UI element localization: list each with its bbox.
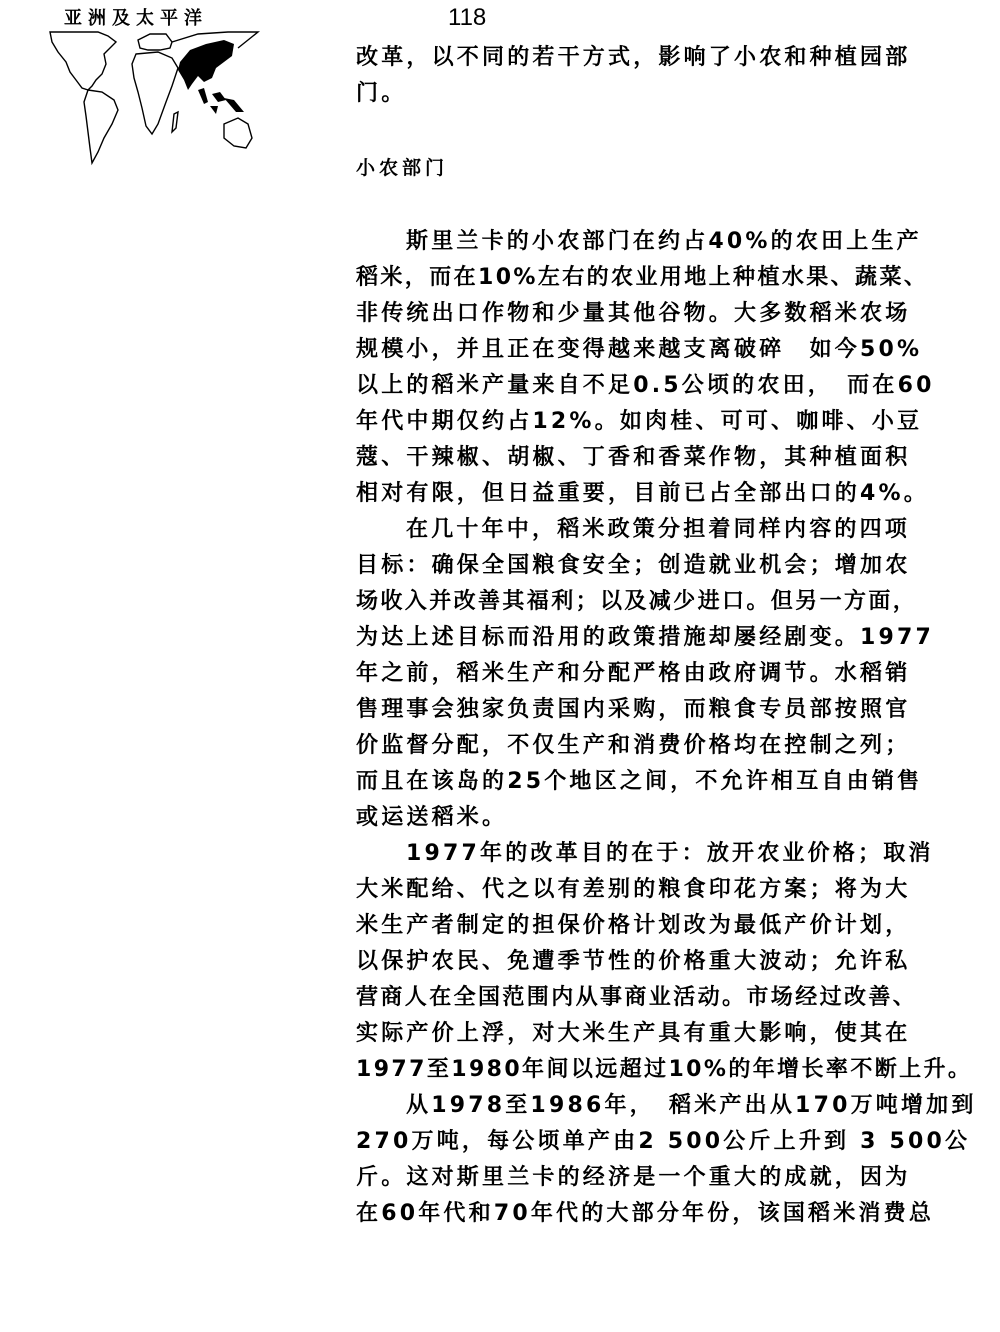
intro-line: 改革，以不同的若干方式，影响了小农和种植园部 [356,40,936,76]
paragraph-line: 场收入并改善其福利；以及减少进口。但另一方面， [356,584,936,620]
paragraph: 从1978至1986年， 稻米产出从170万吨增加到 270万吨，每公顷单产由2… [356,1088,936,1232]
paragraph: 在几十年中，稻米政策分担着同样内容的四项 目标：确保全国粮食安全；创造就业机会；… [356,512,936,836]
paragraph-line: 目标：确保全国粮食安全；创造就业机会；增加农 [356,548,936,584]
paragraph-line: 从1978至1986年， 稻米产出从170万吨增加到 [356,1088,936,1124]
region-label: 亚洲及太平洋 [64,4,208,30]
page-number: 118 [448,4,486,32]
paragraph-line: 实际产价上浮，对大米生产具有重大影响，使其在 [356,1016,936,1052]
document-body: 改革，以不同的若干方式，影响了小农和种植园部 门。 小农部门 斯里兰卡的小农部门… [356,40,936,1232]
paragraph-line: 米生产者制定的担保价格计划改为最低产价计划， [356,908,936,944]
paragraph-line: 斤。这对斯里兰卡的经济是一个重大的成就，因为 [356,1160,936,1196]
world-map-asia-highlighted-icon [48,28,263,168]
paragraph-line: 非传统出口作物和少量其他谷物。大多数稻米农场 [356,296,936,332]
paragraph-line: 在60年代和70年代的大部分年份，该国稻米消费总 [356,1196,936,1232]
paragraph-line: 营商人在全国范围内从事商业活动。市场经过改善、 [356,980,936,1016]
paragraph-line: 蔻、干辣椒、胡椒、丁香和香菜作物，其种植面积 [356,440,936,476]
paragraph: 1977年的改革目的在于：放开农业价格；取消 大米配给、代之以有差别的粮食印花方… [356,836,936,1088]
paragraph-line: 而且在该岛的25个地区之间，不允许相互自由销售 [356,764,936,800]
paragraph-line: 1977年的改革目的在于：放开农业价格；取消 [356,836,936,872]
section-heading: 小农部门 [356,150,936,186]
paragraph-line: 斯里兰卡的小农部门在约占40%的农田上生产 [356,224,936,260]
paragraph-line: 大米配给、代之以有差别的粮食印花方案；将为大 [356,872,936,908]
paragraph-line: 价监督分配，不仅生产和消费价格均在控制之列； [356,728,936,764]
paragraph: 斯里兰卡的小农部门在约占40%的农田上生产 稻米，而在10%左右的农业用地上种植… [356,224,936,512]
paragraph-line: 1977至1980年间以远超过10%的年增长率不断上升。 [356,1052,936,1088]
paragraph-line: 以保护农民、免遭季节性的价格重大波动；允许私 [356,944,936,980]
paragraph-line: 为达上述目标而沿用的政策措施却屡经剧变。1977 [356,620,936,656]
paragraph-line: 270万吨，每公顷单产由2 500公斤上升到 3 500公 [356,1124,936,1160]
paragraph-line: 规模小，并且正在变得越来越支离破碎 如今50% [356,332,936,368]
intro-line: 门。 [356,76,936,112]
paragraph-line: 年之前，稻米生产和分配严格由政府调节。水稻销 [356,656,936,692]
paragraph-line: 稻米，而在10%左右的农业用地上种植水果、蔬菜、 [356,260,936,296]
paragraph-line: 相对有限，但日益重要，目前已占全部出口的4%。 [356,476,936,512]
paragraph-line: 年代中期仅约占12%。如肉桂、可可、咖啡、小豆 [356,404,936,440]
paragraph-line: 在几十年中，稻米政策分担着同样内容的四项 [356,512,936,548]
paragraph-line: 售理事会独家负责国内采购，而粮食专员部按照官 [356,692,936,728]
paragraph-line: 或运送稻米。 [356,800,936,836]
paragraph-line: 以上的稻米产量来自不足0.5公顷的农田， 而在60 [356,368,936,404]
